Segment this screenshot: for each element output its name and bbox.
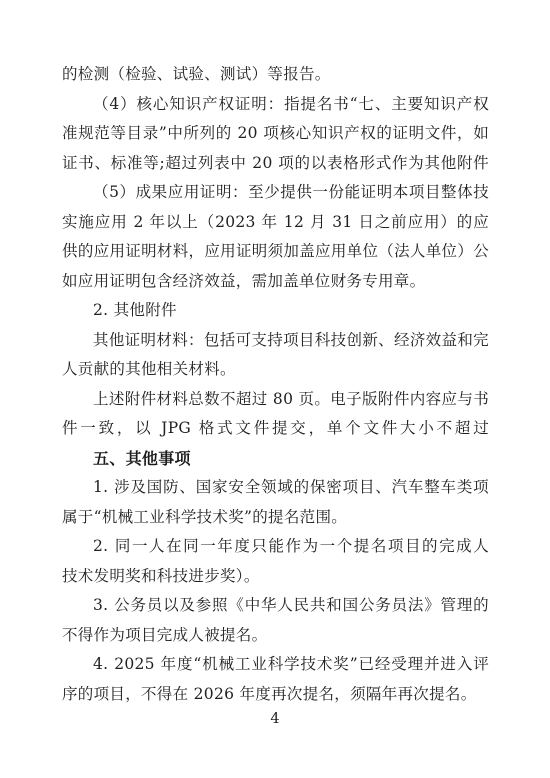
doc-line: 如应用证明包含经济效益，需加盖单位财务专用章。	[62, 267, 489, 297]
document-page: 的检测（检验、试验、测试）等报告。 （4）核心知识产权证明：指提名书“七、主要知…	[0, 0, 550, 778]
doc-line: 证书、标准等;超过列表中 20 项的以表格形式作为其他附件上传。	[62, 149, 489, 179]
doc-line: 属于“机械工业科学技术奖”的提名范围。	[62, 503, 489, 533]
doc-line: 3. 公务员以及参照《中华人民共和国公务员法》管理的人员	[62, 591, 489, 621]
doc-subheading-other-attachments: 2. 其他附件	[62, 296, 489, 326]
doc-line: 准规范等目录”中所列的 20 项核心知识产权的证明文件，如专利	[62, 119, 489, 149]
doc-line: 1. 涉及国防、国家安全领域的保密项目、汽车整车类项目不	[62, 473, 489, 503]
doc-line: 件一致，以 JPG 格式文件提交，单个文件大小不超过 300KB。	[62, 414, 489, 444]
page-number: 4	[0, 711, 550, 727]
document-body: 的检测（检验、试验、测试）等报告。 （4）核心知识产权证明：指提名书“七、主要知…	[62, 60, 489, 709]
doc-line: 技术发明奖和科技进步奖）。	[62, 562, 489, 592]
section-heading-other-matters: 五、其他事项	[62, 444, 489, 474]
doc-line: 其他证明材料：包括可支持项目科技创新、经济效益和完成	[62, 326, 489, 356]
doc-line: 2. 同一人在同一年度只能作为一个提名项目的完成人（包括	[62, 532, 489, 562]
doc-line: 供的应用证明材料，应用证明须加盖应用单位（法人单位）公章。	[62, 237, 489, 267]
doc-line: 序的项目，不得在 2026 年度再次提名，须隔年再次提名。	[62, 680, 489, 710]
doc-line: 上述附件材料总数不超过 80 页。电子版附件内容应与书面附	[62, 385, 489, 415]
doc-line: 4. 2025 年度“机械工业科学技术奖”已经受理并进入评审程	[62, 650, 489, 680]
doc-line: 人贡献的其他相关材料。	[62, 355, 489, 385]
doc-line: 的检测（检验、试验、测试）等报告。	[62, 60, 489, 90]
doc-line: （4）核心知识产权证明：指提名书“七、主要知识产权和标	[62, 90, 489, 120]
doc-line: 实施应用 2 年以上（2023 年 12 月 31 日之前应用）的应用单位提	[62, 208, 489, 238]
doc-line: （5）成果应用证明：至少提供一份能证明本项目整体技术已	[62, 178, 489, 208]
doc-line: 不得作为项目完成人被提名。	[62, 621, 489, 651]
